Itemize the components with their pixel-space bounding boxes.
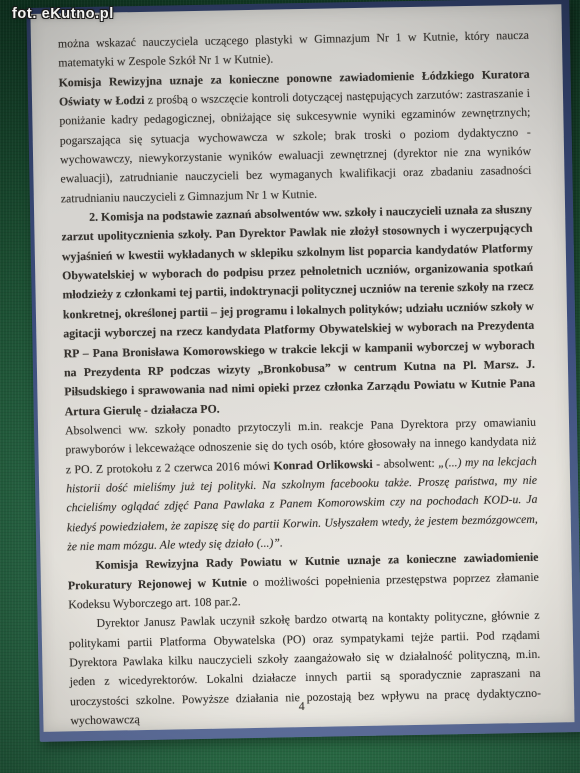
text-segment-regular: można wskazać nauczyciela uczącego plast… bbox=[58, 28, 529, 70]
page-stack: można wskazać nauczyciela uczącego plast… bbox=[26, 0, 580, 742]
document-page: można wskazać nauczyciela uczącego plast… bbox=[30, 4, 574, 732]
document-paragraph: Komisja Rewizyjna Rady Powiatu w Kutnie … bbox=[67, 548, 539, 615]
document-paragraph: 2. Komisja na podstawie zaznań absolwent… bbox=[61, 200, 536, 421]
photo-background: fot. eKutno.pl można wskazać nauczyciela… bbox=[0, 0, 580, 773]
text-segment-regular: - absolwent: bbox=[373, 455, 439, 470]
photo-watermark: fot. eKutno.pl bbox=[12, 6, 114, 22]
document-paragraph: Komisja Rewizyjna uznaje za konieczne po… bbox=[59, 65, 532, 209]
text-segment-bold: Konrad Orlikowski bbox=[273, 456, 372, 472]
document-text: można wskazać nauczyciela uczącego plast… bbox=[58, 26, 542, 731]
text-segment-bold: 2. Komisja na podstawie zaznań absolwent… bbox=[61, 202, 535, 418]
document-paragraph: Absolwenci ww. szkoły ponadto przytoczyl… bbox=[65, 413, 538, 557]
